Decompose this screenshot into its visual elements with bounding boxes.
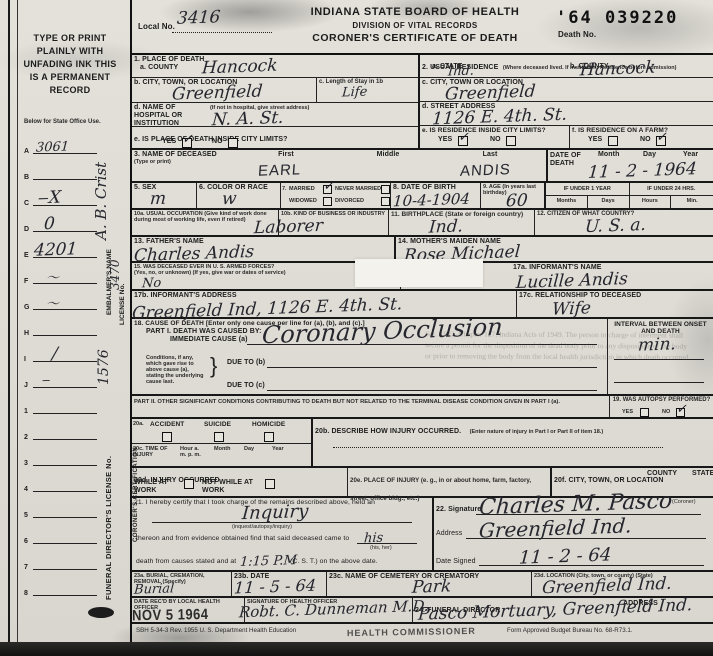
time-of-injury-cell: 20c. TIME OF INJURY Hour a. m. p. m. Mon… xyxy=(132,444,311,466)
date-of-death-label: DATE OF DEATH xyxy=(550,152,584,168)
brace: } xyxy=(210,353,217,379)
name-of-deceased-row: 3. NAME OF DECEASED (Type or print) Firs… xyxy=(132,150,713,183)
place-county-value: Hancock xyxy=(201,56,278,79)
scanner-background xyxy=(0,642,713,656)
embalmer-license-label: LICENSE No. xyxy=(119,255,126,325)
binding-line-1 xyxy=(8,0,10,642)
local-no-value: 3416 xyxy=(176,7,221,29)
last-name-label: Last xyxy=(436,151,544,159)
funeral-director-value: Pasco Mortuary, Greenfield Ind. xyxy=(417,595,693,625)
binding-line-2 xyxy=(17,0,18,642)
marital-status-cell: 7. MARRIED NEVER MARRIED WIDOWED DIVORCE… xyxy=(280,183,390,208)
residence-limits-yes-checkbox xyxy=(458,136,468,146)
residence-limits-no-checkbox xyxy=(506,136,516,146)
usual-residence-section: 2. USUAL RESIDENCE (Where deceased lived… xyxy=(420,55,713,148)
funeral-license-label: FUNERAL DIRECTOR'S LICENSE No. xyxy=(105,335,114,600)
burial-date-value: 11 - 5 - 64 xyxy=(233,576,316,598)
last-name-value: Andis xyxy=(459,161,511,180)
certify-line3a: death from causes stated and at xyxy=(136,558,236,566)
certification-row: 21. I hereby certify that I took charge … xyxy=(132,498,713,572)
form-header: Local No. 3416 INDIANA STATE BOARD OF HE… xyxy=(132,0,713,55)
coroners-certification-side-label: CORONER'S CERTIFICATION xyxy=(133,392,140,542)
state-office-value: 〜 xyxy=(45,293,59,313)
his-value: his xyxy=(363,531,383,547)
board-title: INDIANA STATE BOARD OF HEALTH xyxy=(284,6,546,19)
name-title: 3. NAME OF DECEASED xyxy=(134,151,228,159)
place-limits-yes-checkbox xyxy=(182,138,192,148)
autopsy-yes-checkbox xyxy=(640,408,649,417)
due-to-c-label: DUE TO (c) xyxy=(227,382,265,390)
vital-stats-row: 5. SEX m 6. COLOR OR RACE w 7. MARRIED N… xyxy=(132,183,713,210)
widowed-checkbox xyxy=(323,197,332,206)
middle-name-label: Middle xyxy=(344,151,432,159)
division-title: DIVISION OF VITAL RECORDS xyxy=(284,21,546,30)
scanned-death-certificate: TYPE OR PRINT PLAINLY WITH UNFADING INK … xyxy=(0,0,713,642)
birthplace-value: Ind. xyxy=(428,216,463,237)
place-limits-no-checkbox xyxy=(228,138,238,148)
held-note: (inquest/autopsy/inquiry) xyxy=(232,524,292,530)
certificate-title: CORONER'S CERTIFICATE OF DEATH xyxy=(284,32,546,44)
redacted-area xyxy=(355,259,483,287)
health-commissioner-stamp: HEALTH COMMISSIONER xyxy=(347,626,476,638)
certify-line3b: (C. S. T.) on the above date. xyxy=(290,558,378,566)
date-of-death-value: 11 - 2 - 1964 xyxy=(587,159,697,183)
coroner-note: (Coroner) xyxy=(672,499,696,505)
hospital-label: d. NAME OF HOSPITAL OR INSTITUTION xyxy=(134,104,204,128)
accident-checkbox xyxy=(162,432,172,442)
relationship-label: 17c. RELATIONSHIP TO DECEASED xyxy=(519,292,711,300)
stay-value: Life xyxy=(341,85,367,101)
certificate-form: Local No. 3416 INDIANA STATE BOARD OF HE… xyxy=(130,0,713,642)
citizen-value: U. S. a. xyxy=(584,215,646,237)
armed-forces-value: No xyxy=(141,276,161,292)
form-number: SBH 5-34-3 Rev. 1955 U. S. Department He… xyxy=(136,628,296,635)
date-signed-label: Date Signed xyxy=(436,558,476,566)
place-and-residence: 1. PLACE OF DEATH a. COUNTY Hancock b. C… xyxy=(132,55,713,150)
signature-label: 22. Signature xyxy=(436,506,481,514)
state-office-value: ‒X xyxy=(37,188,61,209)
embalmer-name-handwritten: A. B. Crist xyxy=(92,95,110,240)
divorced-checkbox xyxy=(381,197,390,206)
certify-line2: thereon and from evidence obtained find … xyxy=(136,535,349,543)
manner-cell: 20a. ACCIDENT SUICIDE HOMICIDE xyxy=(132,419,311,444)
suicide-checkbox xyxy=(214,432,224,442)
death-number-stamp: '64 039220 xyxy=(556,8,678,28)
race-label: 6. COLOR OR RACE xyxy=(199,184,278,192)
state-office-value: 〜 xyxy=(45,267,59,287)
burial-value: Burial xyxy=(133,581,174,597)
farm-no-checkbox xyxy=(656,136,666,146)
relationship-value: Wife xyxy=(551,298,591,319)
state-office-value: 3061 xyxy=(35,139,69,155)
state-office-lines: A3061 B C‒X D0 E4201 F〜 G〜 H I/ J‒ 1 2 3… xyxy=(24,130,98,598)
permanent-record-notice: TYPE OR PRINT PLAINLY WITH UNFADING INK … xyxy=(22,32,118,97)
received-date-stamp: NOV 5 1964 xyxy=(132,605,209,624)
autopsy-no-checkbox xyxy=(676,408,685,417)
held-value: Inquiry xyxy=(241,501,309,524)
part1-label: PART I. DEATH WAS CAUSED BY: xyxy=(146,328,262,336)
due-to-b-label: DUE TO (b) xyxy=(227,359,265,367)
sidebar: TYPE OR PRINT PLAINLY WITH UNFADING INK … xyxy=(0,0,130,642)
coroner-address-label: Address xyxy=(436,530,462,538)
not-while-at-work-checkbox xyxy=(265,479,275,489)
state-office-value: / xyxy=(51,344,58,364)
conditions-note: Conditions, if any, which gave rise to a… xyxy=(146,355,208,385)
sex-value: m xyxy=(149,189,167,210)
state-office-value: ‒ xyxy=(41,373,50,388)
place-limits-label: e. IS PLACE OF DEATH INSIDE CITY LIMITS? xyxy=(134,136,287,143)
part2-label: PART II. OTHER SIGNIFICANT CONDITIONS CO… xyxy=(134,397,607,405)
dob-value: 10-4-1904 xyxy=(392,190,470,211)
farm-yes-checkbox xyxy=(608,136,618,146)
farm-label: f. IS RESIDENCE ON A FARM? xyxy=(572,127,711,134)
immediate-cause-label: IMMEDIATE CAUSE (a) xyxy=(170,336,248,344)
burial-location-value: Greenfield Ind. xyxy=(541,574,672,599)
cemetery-value: Park xyxy=(411,576,452,597)
place-city-value: Greenfield xyxy=(171,81,263,104)
name-title2: (Type or print) xyxy=(134,159,228,165)
homicide-checkbox xyxy=(264,432,274,442)
never-married-checkbox xyxy=(381,185,390,194)
officer-row: DATE REC'D BY LOCAL HEALTH OFFICER NOV 5… xyxy=(132,598,713,624)
place-of-injury-cell: 20e. PLACE OF INJURY (e. g., in or about… xyxy=(348,468,552,496)
occupation-row: 10a. USUAL OCCUPATION (Give kind of work… xyxy=(132,210,713,237)
part2-row: PART II. OTHER SIGNIFICANT CONDITIONS CO… xyxy=(132,396,713,419)
time-of-death-value: 1:15 P.M xyxy=(239,553,297,570)
local-no-label: Local No. xyxy=(138,22,175,31)
union-bug xyxy=(88,607,114,618)
age-value: 60 xyxy=(505,191,528,212)
form-footer: SBH 5-34-3 Rev. 1955 U. S. Department He… xyxy=(132,624,713,641)
residence-county-value: Hancock xyxy=(579,58,656,81)
injury-row-1: 20a. ACCIDENT SUICIDE HOMICIDE 20c. TIME… xyxy=(132,419,713,468)
autopsy-label: 19. WAS AUTOPSY PERFORMED? xyxy=(612,397,711,404)
informant-name-value: Lucille Andis xyxy=(515,269,628,293)
business-value: Laborer xyxy=(253,216,323,238)
his-note: (his, her) xyxy=(370,545,392,551)
race-value: w xyxy=(221,189,237,210)
state-office-value: 0 xyxy=(43,214,55,234)
describe-injury-cell: 20b. DESCRIBE HOW INJURY OCCURRED. (Ente… xyxy=(313,419,713,466)
budget-bureau-note: Form Approved Budget Bureau No. 68-R73.1… xyxy=(507,628,633,635)
injury-at-work-cell: 20d. INJURY OCCURRED WHILE AT WORK NOT W… xyxy=(132,468,348,496)
while-at-work-checkbox xyxy=(184,479,194,489)
burial-row: 23a. BURIAL, CREMATION, REMOVAL (Specify… xyxy=(132,572,713,598)
death-no-label: Death No. xyxy=(558,30,596,39)
married-checkbox xyxy=(323,185,332,194)
place-of-death-section: 1. PLACE OF DEATH a. COUNTY Hancock b. C… xyxy=(132,55,420,148)
bleed-through-text: Sec. 1923, Chapter 127, Indiana Acts of … xyxy=(425,329,695,363)
state-office-value: 4201 xyxy=(33,239,78,261)
residence-limits-label: e. IS RESIDENCE INSIDE CITY LIMITS? xyxy=(422,127,567,134)
age-under-grid: IF UNDER 1 YEAR IF UNDER 24 HRS. Months … xyxy=(544,183,713,208)
first-name-value: Earl xyxy=(257,161,301,180)
first-name-label: First xyxy=(232,151,340,159)
